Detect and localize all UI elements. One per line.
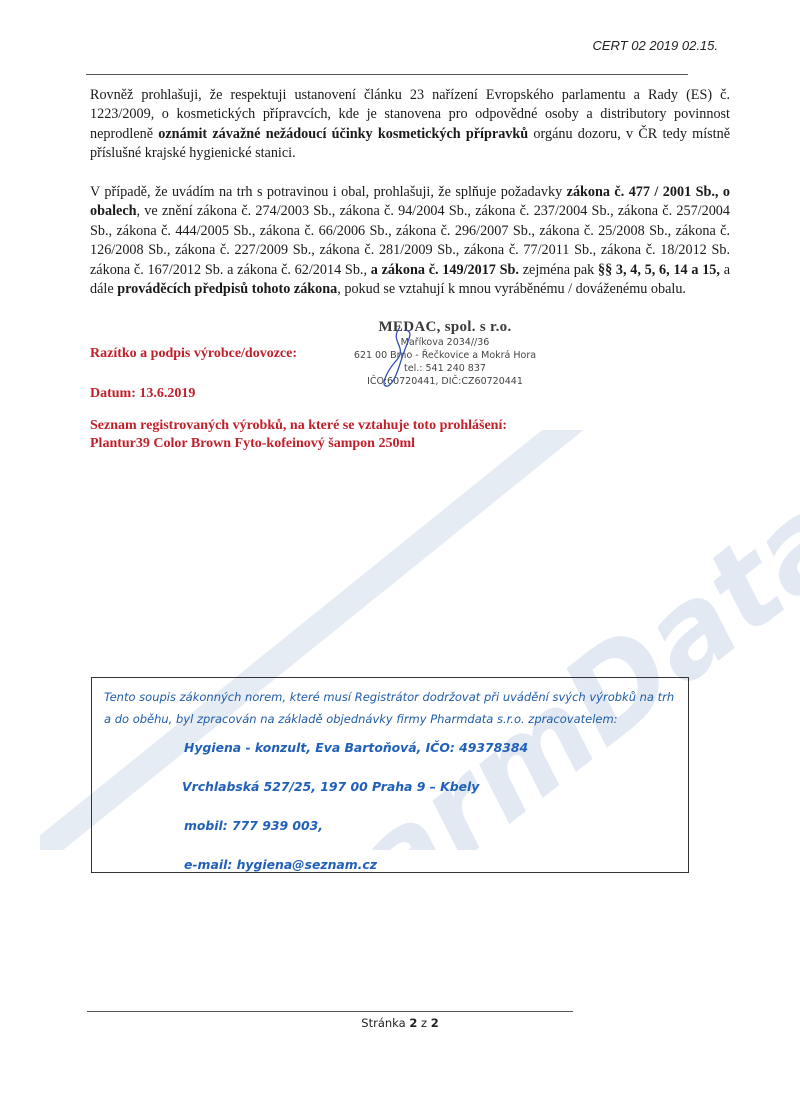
processor-info-box: Tento soupis zákonných norem, které musí… — [91, 677, 689, 873]
product-list-title: Seznam registrovaných výrobků, na které … — [90, 418, 507, 434]
contact-name: Hygiena - konzult, Eva Bartoňová, IČO: 4… — [184, 740, 528, 755]
page-number: Stránka 2 z 2 — [0, 1016, 800, 1030]
footer-divider — [87, 1011, 573, 1012]
paragraph-cosmetics-declaration: Rovněž prohlašuji, že respektuji ustanov… — [90, 86, 730, 164]
contact-mobile: mobil: 777 939 003, — [184, 818, 323, 833]
paragraph-packaging-declaration: V případě, že uvádím na trh s potravinou… — [90, 183, 730, 299]
contact-address: Vrchlabská 527/25, 197 00 Praha 9 – Kbel… — [182, 779, 479, 794]
stamp-signature-label: Razítko a podpis výrobce/dovozce: — [90, 346, 297, 362]
header-divider — [86, 74, 688, 75]
info-intro: Tento soupis zákonných norem, které musí… — [104, 686, 684, 730]
declaration-date: Datum: 13.6.2019 — [90, 386, 195, 402]
product-item: Plantur39 Color Brown Fyto-kofeinový šam… — [90, 436, 415, 452]
handwritten-signature — [370, 322, 430, 392]
document-code: CERT 02 2019 02.15. — [592, 38, 718, 53]
contact-email: e-mail: hygiena@seznam.cz — [184, 857, 377, 872]
